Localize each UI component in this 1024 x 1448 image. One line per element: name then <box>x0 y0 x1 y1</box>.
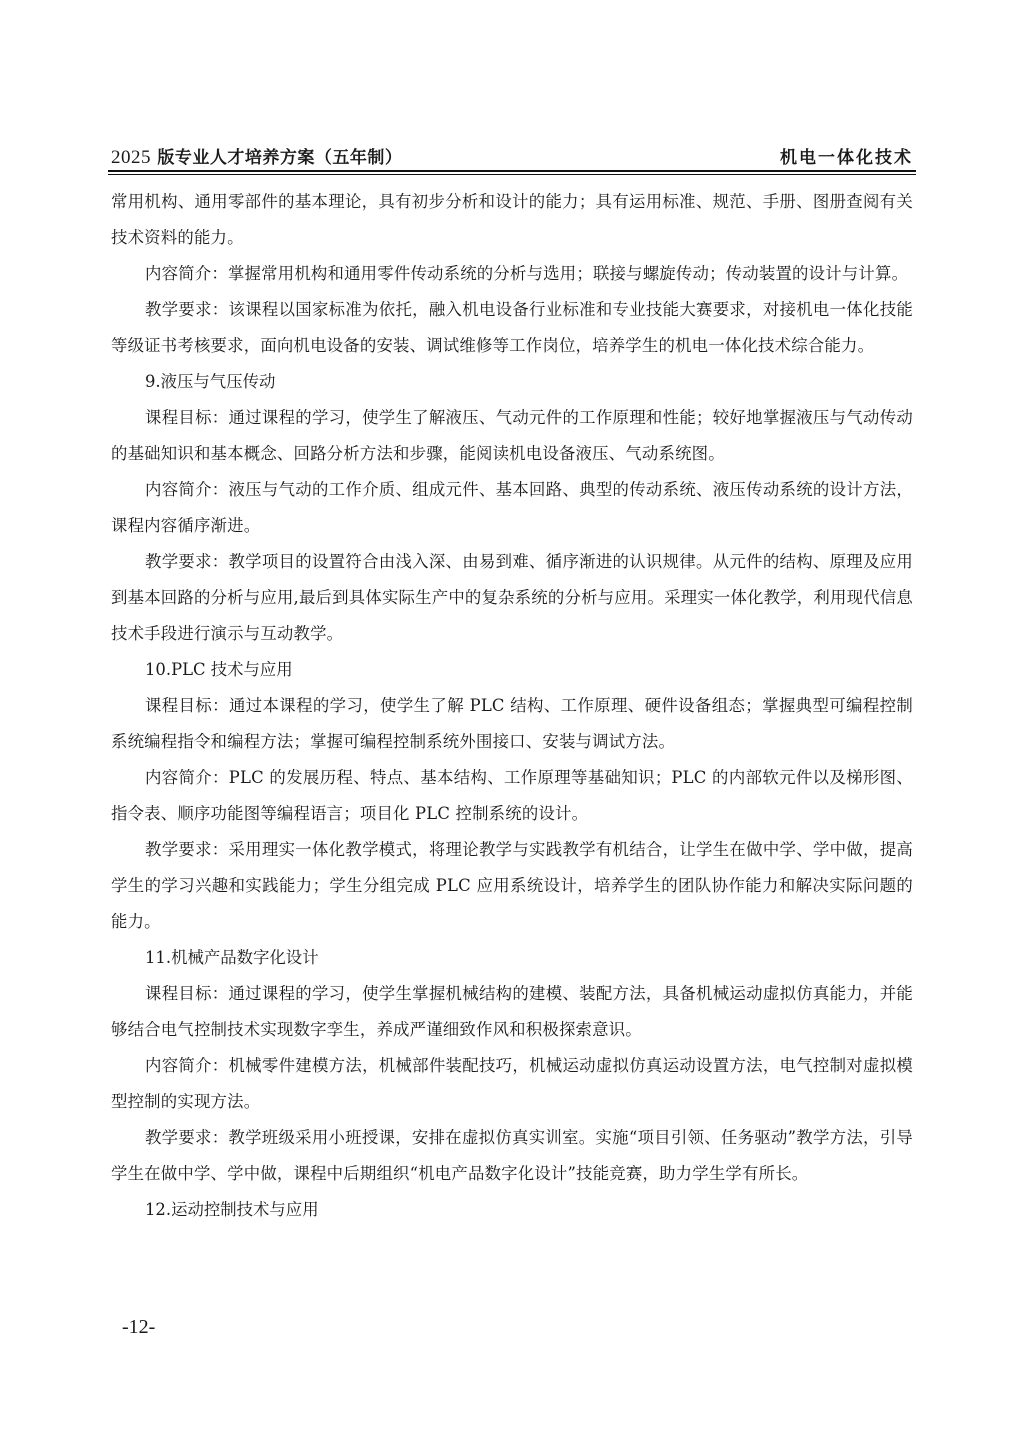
section-heading-10: 10.PLC 技术与应用 <box>111 652 913 688</box>
paragraph-content-intro: 内容简介：掌握常用机构和通用零件传动系统的分析与选用；联接与螺旋传动；传动装置的… <box>111 256 913 292</box>
page-number: -12- <box>122 1316 155 1339</box>
major-name: 机电一体化技术 <box>780 143 913 168</box>
page-header: 2025 版专业人才培养方案（五年制） 机电一体化技术 <box>111 143 913 169</box>
document-year: 2025 <box>111 147 151 168</box>
section-heading-12: 12.运动控制技术与应用 <box>111 1192 913 1228</box>
page-body: 常用机构、通用零部件的基本理论，具有初步分析和设计的能力；具有运用标准、规范、手… <box>111 184 913 1228</box>
header-rule-thin <box>108 174 916 175</box>
section-heading-9: 9.液压与气压传动 <box>111 364 913 400</box>
paragraph-teaching-requirements: 教学要求：采用理实一体化教学模式，将理论教学与实践教学有机结合，让学生在做中学、… <box>111 832 913 940</box>
paragraph-teaching-requirements: 教学要求：该课程以国家标准为依托，融入机电设备行业标准和专业技能大赛要求，对接机… <box>111 292 913 364</box>
paragraph-continued: 常用机构、通用零部件的基本理论，具有初步分析和设计的能力；具有运用标准、规范、手… <box>111 184 913 256</box>
paragraph-content-intro: 内容简介：PLC 的发展历程、特点、基本结构、工作原理等基础知识；PLC 的内部… <box>111 760 913 832</box>
paragraph-content-intro: 内容简介：机械零件建模方法，机械部件装配技巧，机械运动虚拟仿真运动设置方法，电气… <box>111 1048 913 1120</box>
paragraph-course-goal: 课程目标：通过课程的学习，使学生了解液压、气动元件的工作原理和性能；较好地掌握液… <box>111 400 913 472</box>
paragraph-teaching-requirements: 教学要求：教学项目的设置符合由浅入深、由易到难、循序渐进的认识规律。从元件的结构… <box>111 544 913 652</box>
paragraph-content-intro: 内容简介：液压与气动的工作介质、组成元件、基本回路、典型的传动系统、液压传动系统… <box>111 472 913 544</box>
paragraph-teaching-requirements: 教学要求：教学班级采用小班授课，安排在虚拟仿真实训室。实施“项目引领、任务驱动”… <box>111 1120 913 1192</box>
section-heading-11: 11.机械产品数字化设计 <box>111 940 913 976</box>
document-title: 2025 版专业人才培养方案（五年制） <box>111 143 402 169</box>
paragraph-course-goal: 课程目标：通过本课程的学习，使学生了解 PLC 结构、工作原理、硬件设备组态；掌… <box>111 688 913 760</box>
paragraph-course-goal: 课程目标：通过课程的学习，使学生掌握机械结构的建模、装配方法，具备机械运动虚拟仿… <box>111 976 913 1048</box>
header-rule-thick <box>108 170 916 172</box>
document-title-text: 版专业人才培养方案（五年制） <box>151 148 402 168</box>
